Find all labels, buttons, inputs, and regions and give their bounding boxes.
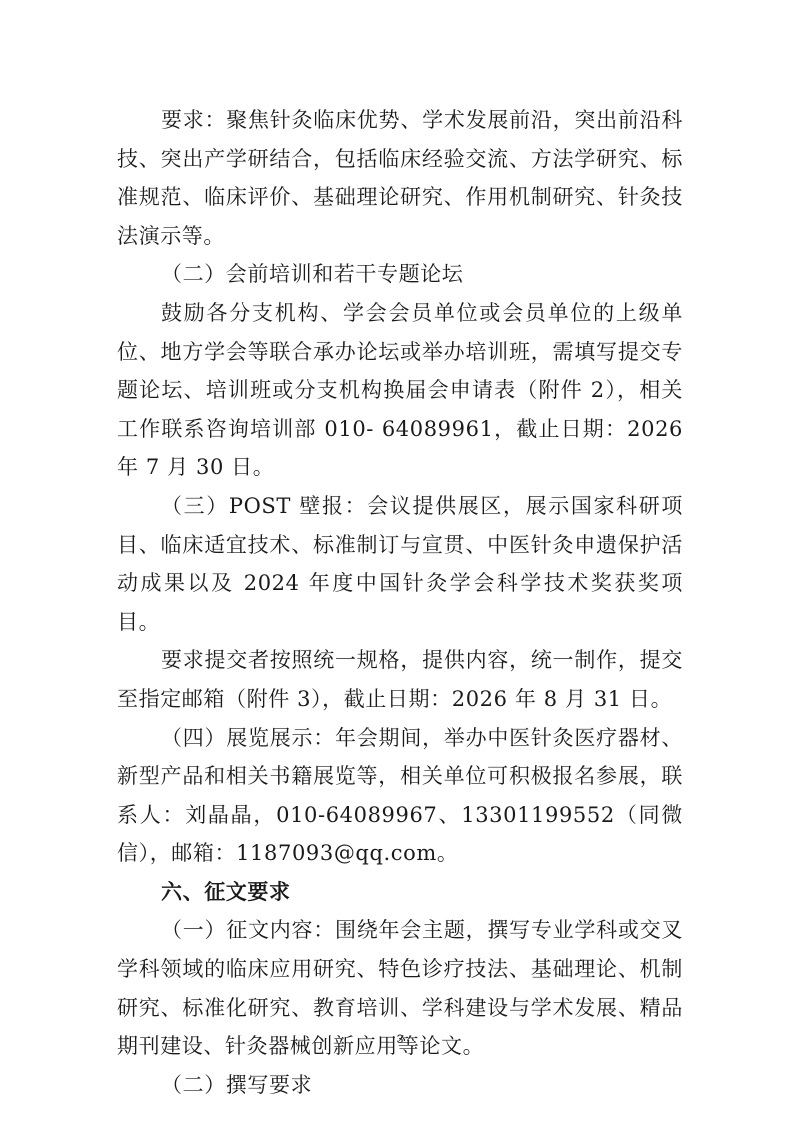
paragraph-poster: （三）POST 壁报：会议提供展区，展示国家科研项目、临床适宜技术、标准制订与宣… (117, 487, 683, 641)
subheading-pre-conference-training: （二）会前培训和若干专题论坛 (117, 255, 683, 294)
paragraph-forum-application: 鼓励各分支机构、学会会员单位或会员单位的上级单位、地方学会等联合承办论坛或举办培… (117, 294, 683, 487)
paragraph-exchange-requirements: 要求：聚焦针灸临床优势、学术发展前沿，突出前沿科技、突出产学研结合，包括临床经验… (117, 101, 683, 255)
document-body: 要求：聚焦针灸临床优势、学术发展前沿，突出前沿科技、突出产学研结合，包括临床经验… (117, 101, 683, 1104)
paragraph-exhibition: （四）展览展示：年会期间，举办中医针灸医疗器材、新型产品和相关书籍展览等，相关单… (117, 719, 683, 873)
page-number: 3 (0, 1032, 800, 1046)
paragraph-poster-requirements: 要求提交者按照统一规格，提供内容，统一制作，提交至指定邮箱（附件 3），截止日期… (117, 641, 683, 718)
subheading-writing-requirements: （二）撰写要求 (117, 1066, 683, 1105)
section-heading-paper-requirements: 六、征文要求 (117, 873, 683, 912)
